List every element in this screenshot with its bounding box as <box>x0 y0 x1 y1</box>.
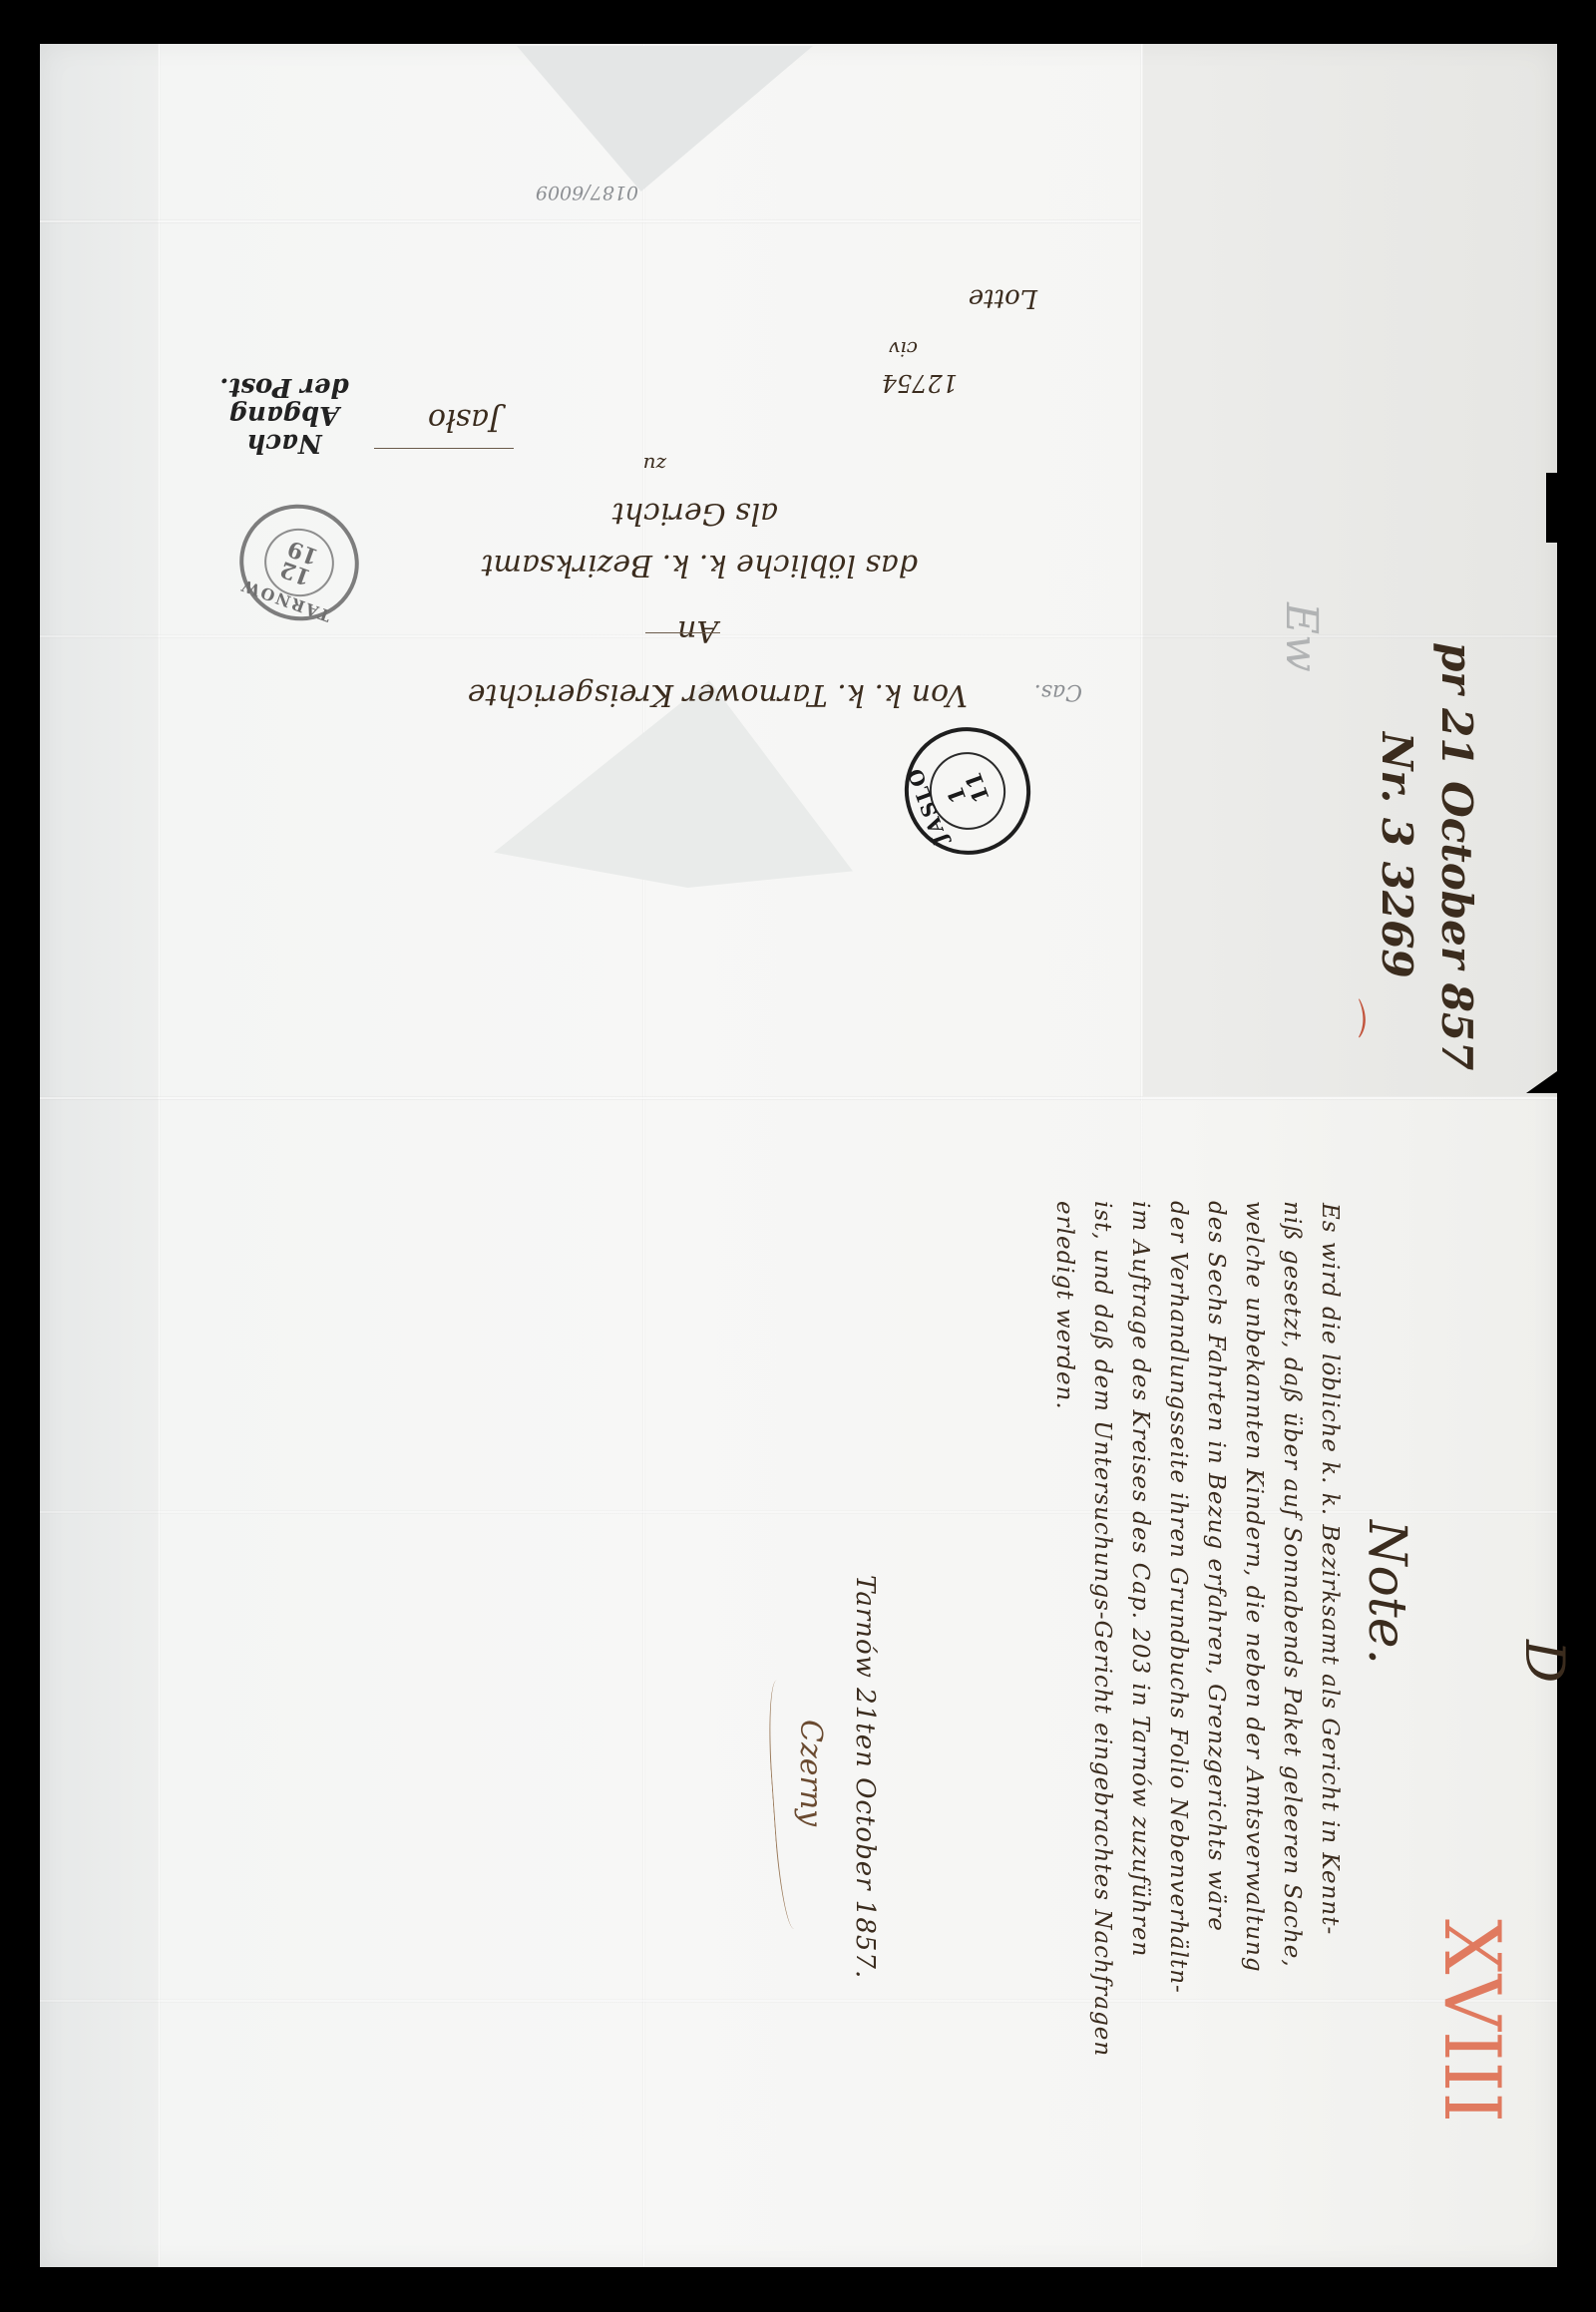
to-prefix: An <box>677 613 718 648</box>
reference-number: 12754 <box>882 369 958 397</box>
tarnow-postmark: TARNOW 12 19 <box>223 488 375 637</box>
letter-line: im Auftrage des Kreises des Cap. 203 in … <box>1127 1201 1153 1957</box>
jaslo-postmark: JASLO 1 11 <box>887 709 1048 872</box>
destination: Jasło <box>428 402 501 437</box>
letter-heading: Note. <box>1357 1520 1416 1665</box>
addressee-line-2: als Gericht <box>612 496 778 531</box>
place-date: Tarnów 21ten October 1857. <box>850 1575 880 1979</box>
pencil-reference: 0187/6009 <box>536 182 638 203</box>
receipt-note-line-2: Nr. 3 3269 <box>1373 732 1421 978</box>
letter-line: der Verhandlungsseite ihren Grundbuchs F… <box>1165 1201 1191 1994</box>
handstamp-line-2: der Post. <box>190 373 379 401</box>
letter-line: niß gesetzt, daß über auf Sonnabends Pak… <box>1279 1201 1305 1968</box>
letter-line: Es wird die löbliche k. k. Bezirksamt al… <box>1317 1203 1343 1935</box>
corner-mark: D <box>1513 1640 1576 1683</box>
reference-suffix: civ <box>889 337 918 361</box>
receipt-note-line-1: pr 21 October 857 <box>1432 642 1481 1070</box>
letter-line: welche unbekannten Kindern, die neben de… <box>1241 1201 1267 1973</box>
letter-line: des Sechs Fahrten in Bezug erfahren, Gre… <box>1203 1201 1229 1932</box>
addressee-line-1: das löbliche k. k. Bezirksamt <box>482 548 919 582</box>
letter-sheet: 0187/6009 Lotte 12754 civ Jasło zu als G… <box>40 44 1557 2267</box>
pencil-initials: Ew <box>1276 602 1327 672</box>
fold-line-horizontal <box>40 219 1140 223</box>
wafer-seal-top <box>517 46 813 192</box>
docket-word: Lotte <box>969 283 1037 313</box>
letter-line: ist, und daß dem Untersuchungs-Gericht e… <box>1089 1201 1115 2057</box>
fold-line-vertical <box>158 44 161 2267</box>
letter-line: erledigt werden. <box>1051 1201 1077 1410</box>
nach-abgang-handstamp: Nach Abgang der Post. <box>190 373 379 457</box>
red-crayon-numeral: XVIII <box>1426 1919 1516 2122</box>
fold-line-horizontal <box>40 1999 1557 2003</box>
handstamp-line-1: Nach Abgang <box>190 401 379 457</box>
destination-underline <box>374 448 514 449</box>
fold-line-horizontal <box>40 1096 1557 1100</box>
red-flourish: ⌒ <box>1320 991 1377 1031</box>
fold-line-vertical <box>642 44 645 2267</box>
edge-tear <box>1546 473 1557 543</box>
sender-line: Von k. k. Tarnower Kreisgerichte <box>468 677 968 712</box>
to-word: zu <box>643 453 666 477</box>
cas-mark: Cas. <box>1034 679 1082 704</box>
to-prefix-underline <box>645 632 720 633</box>
right-flap-panel <box>1143 44 1557 1096</box>
left-margin-panel <box>40 44 158 2267</box>
